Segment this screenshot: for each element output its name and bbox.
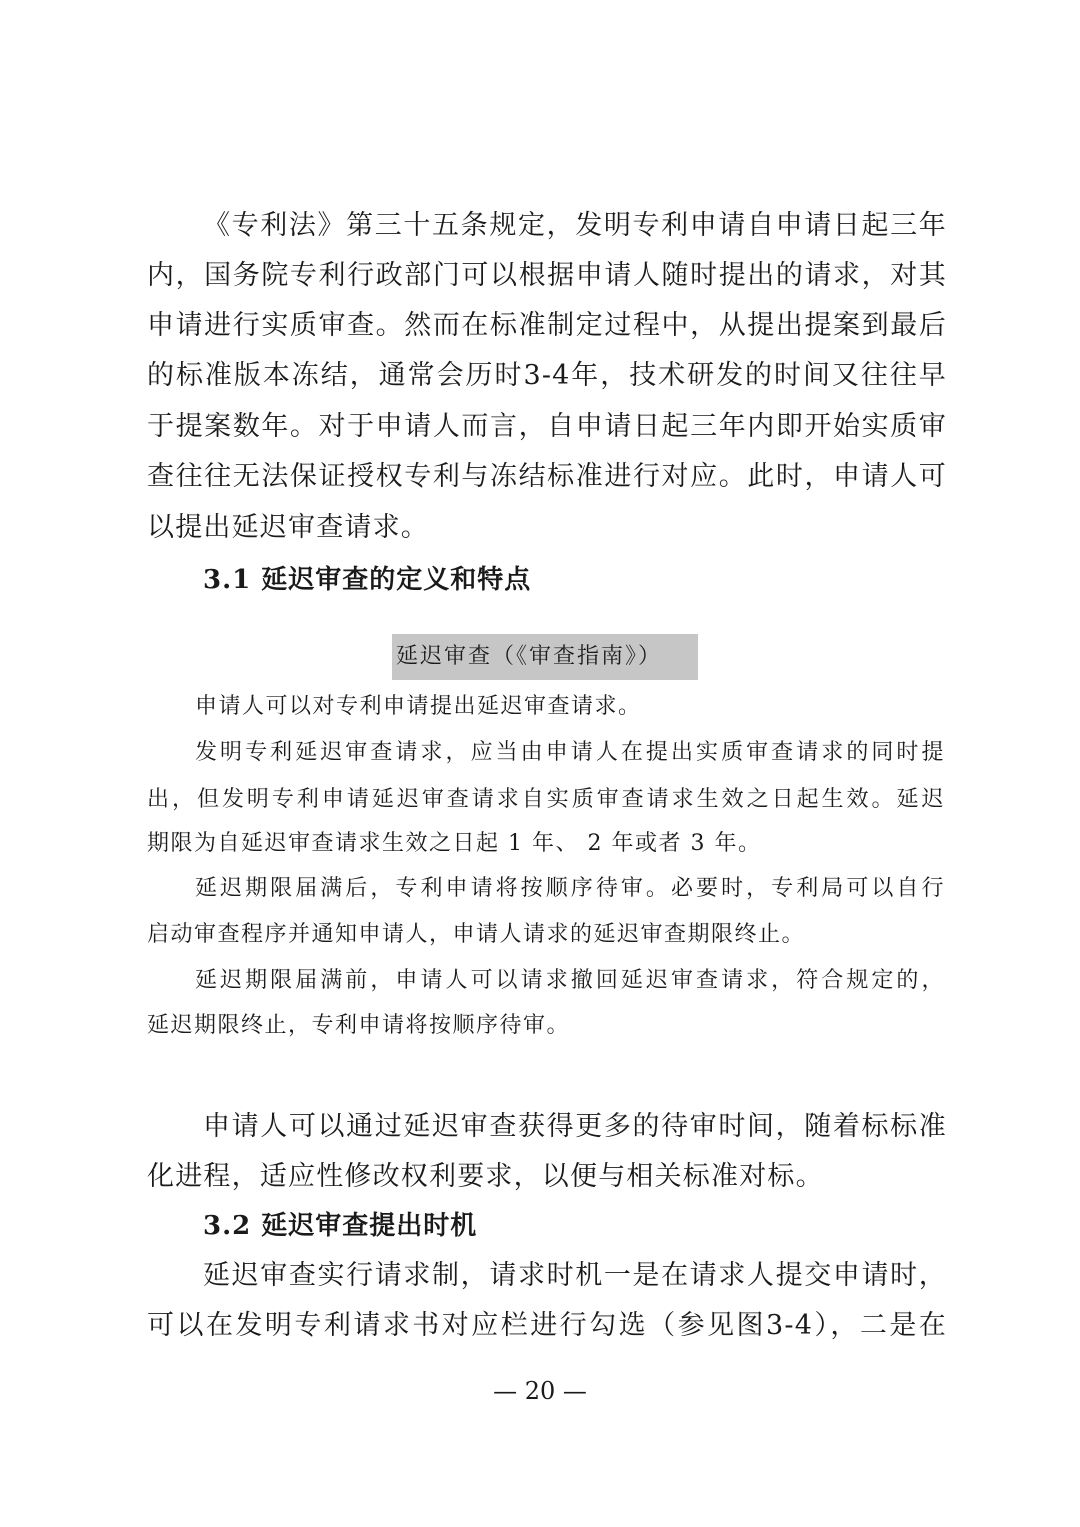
quote-line: 申请人可以对专利申请提出延迟审查请求。 [195,692,642,722]
paragraph-line: 申请人可以通过延迟审查获得更多的待审时间，随着标标准 [203,1109,947,1145]
quote-title-box: 延迟审查（《审查指南》） [392,634,698,680]
paragraph-line: 可以在发明专利请求书对应栏进行勾选（参见图3-4），二是在 [147,1308,947,1344]
paragraph-line: 延迟审查实行请求制，请求时机一是在请求人提交申请时， [203,1258,947,1294]
page-number: — 20 — [0,1376,1080,1406]
quote-line: 延迟期限届满后，专利申请将按顺序待审。必要时，专利局可以自行 [195,874,945,904]
document-page: 《专利法》第三十五条规定，发明专利申请自申请日起三年 内，国务院专利行政部门可以… [0,0,1080,1527]
paragraph-line: 以提出延迟审查请求。 [147,510,947,546]
quote-line: 延迟期限终止，专利申请将按顺序待审。 [147,1011,945,1041]
section-heading-3-2: 3.2 延迟审查提出时机 [203,1208,477,1244]
quote-line: 延迟期限届满前，申请人可以请求撤回延迟审查请求，符合规定的， [195,966,945,996]
quote-title: 延迟审查（《审查指南》） [396,641,662,673]
quote-line: 启动审查程序并通知申请人，申请人请求的延迟审查期限终止。 [147,920,945,950]
paragraph-line: 化进程，适应性修改权利要求，以便与相关标准对标。 [147,1159,947,1195]
paragraph-line: 于提案数年。对于申请人而言，自申请日起三年内即开始实质审 [147,409,947,445]
paragraph-line: 申请进行实质审查。然而在标准制定过程中，从提出提案到最后 [147,308,947,344]
quote-line: 出，但发明专利申请延迟审查请求自实质审查请求生效之日起生效。延迟 [147,785,945,815]
quote-line: 发明专利延迟审查请求，应当由申请人在提出实质审查请求的同时提 [195,738,945,768]
section-heading-3-1: 3.1 延迟审查的定义和特点 [203,562,531,598]
paragraph-line: 内，国务院专利行政部门可以根据申请人随时提出的请求，对其 [147,258,947,294]
paragraph-line: 的标准版本冻结，通常会历时3-4年，技术研发的时间又往往早 [147,358,947,394]
paragraph-line: 查往往无法保证授权专利与冻结标准进行对应。此时，申请人可 [147,459,947,495]
paragraph-line: 《专利法》第三十五条规定，发明专利申请自申请日起三年 [203,208,947,244]
quote-line: 期限为自延迟审查请求生效之日起 1 年、 2 年或者 3 年。 [147,829,945,859]
